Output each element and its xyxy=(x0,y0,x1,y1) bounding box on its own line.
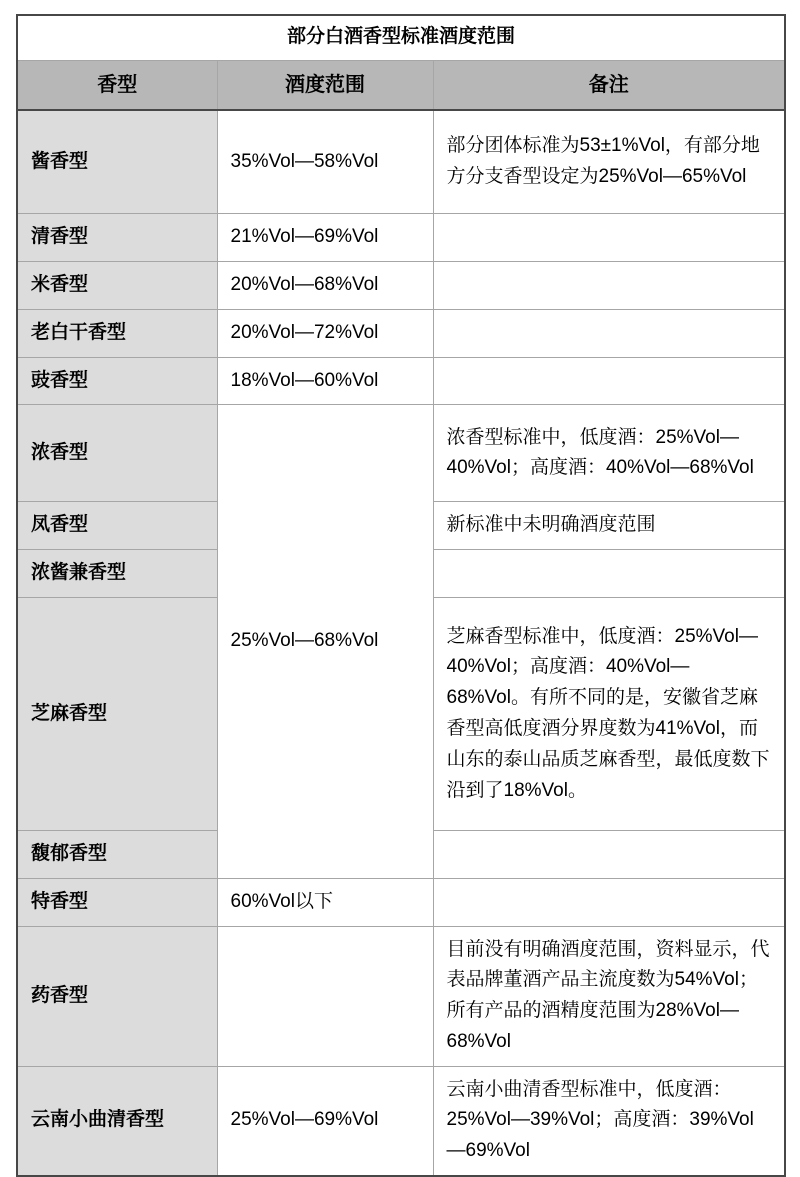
note-cell-zhimaxiang: 芝麻香型标准中，低度酒：25%Vol—40%Vol；高度酒：40%Vol—68%… xyxy=(433,597,785,830)
table-row-laobaigan: 老白干香型 20%Vol—72%Vol xyxy=(17,309,785,357)
type-cell-texiang: 特香型 xyxy=(17,878,217,926)
table-row-texiang: 特香型 60%Vol以下 xyxy=(17,878,785,926)
range-cell-laobaigan: 20%Vol—72%Vol xyxy=(217,309,433,357)
header-row: 香型 酒度范围 备注 xyxy=(17,60,785,110)
type-cell-yunnanxiaoqu: 云南小曲清香型 xyxy=(17,1066,217,1176)
type-cell-zhimaxiang: 芝麻香型 xyxy=(17,597,217,830)
range-cell-jiangxiang: 35%Vol—58%Vol xyxy=(217,110,433,214)
note-cell-nongjiangjian xyxy=(433,550,785,598)
header-remarks: 备注 xyxy=(433,60,785,110)
type-cell-fengxiang: 凤香型 xyxy=(17,502,217,550)
table-row-jiangxiang: 酱香型 35%Vol—58%Vol 部分团体标准为53±1%Vol，有部分地方分… xyxy=(17,110,785,214)
note-cell-nongxiang: 浓香型标准中，低度酒：25%Vol—40%Vol；高度酒：40%Vol—68%V… xyxy=(433,405,785,502)
page: 部分白酒香型标准酒度范围 香型 酒度范围 备注 酱香型 35%Vol—58%Vo… xyxy=(0,0,800,1157)
range-cell-yaoxiang xyxy=(217,926,433,1066)
note-cell-fuyuxiang xyxy=(433,830,785,878)
table-title: 部分白酒香型标准酒度范围 xyxy=(17,15,785,60)
range-cell-texiang: 60%Vol以下 xyxy=(217,878,433,926)
table-row-yunnanxiaoqu: 云南小曲清香型 25%Vol—69%Vol 云南小曲清香型标准中，低度酒：25%… xyxy=(17,1066,785,1176)
note-cell-fengxiang: 新标准中未明确酒度范围 xyxy=(433,502,785,550)
range-cell-merged: 25%Vol—68%Vol xyxy=(217,405,433,878)
type-cell-nongxiang: 浓香型 xyxy=(17,405,217,502)
title-row: 部分白酒香型标准酒度范围 xyxy=(17,15,785,60)
range-cell-mixiang: 20%Vol—68%Vol xyxy=(217,262,433,310)
baijiu-abv-table: 部分白酒香型标准酒度范围 香型 酒度范围 备注 酱香型 35%Vol—58%Vo… xyxy=(16,14,786,1177)
note-cell-texiang xyxy=(433,878,785,926)
range-cell-yunnanxiaoqu: 25%Vol—69%Vol xyxy=(217,1066,433,1176)
type-cell-mixiang: 米香型 xyxy=(17,262,217,310)
note-cell-jiangxiang: 部分团体标准为53±1%Vol，有部分地方分支香型设定为25%Vol—65%Vo… xyxy=(433,110,785,214)
header-abv-range: 酒度范围 xyxy=(217,60,433,110)
range-cell-chixiang: 18%Vol—60%Vol xyxy=(217,357,433,405)
header-aroma-type: 香型 xyxy=(17,60,217,110)
type-cell-yaoxiang: 药香型 xyxy=(17,926,217,1066)
type-cell-chixiang: 豉香型 xyxy=(17,357,217,405)
note-cell-mixiang xyxy=(433,262,785,310)
table-row-yaoxiang: 药香型 目前没有明确酒度范围，资料显示，代表品牌董酒产品主流度数为54%Vol；… xyxy=(17,926,785,1066)
note-cell-yaoxiang: 目前没有明确酒度范围，资料显示，代表品牌董酒产品主流度数为54%Vol；所有产品… xyxy=(433,926,785,1066)
range-cell-qingxiang: 21%Vol—69%Vol xyxy=(217,214,433,262)
note-cell-yunnanxiaoqu: 云南小曲清香型标准中，低度酒：25%Vol—39%Vol；高度酒：39%Vol—… xyxy=(433,1066,785,1176)
note-cell-qingxiang xyxy=(433,214,785,262)
type-cell-jiangxiang: 酱香型 xyxy=(17,110,217,214)
table-row-chixiang: 豉香型 18%Vol—60%Vol xyxy=(17,357,785,405)
type-cell-qingxiang: 清香型 xyxy=(17,214,217,262)
table-row-mixiang: 米香型 20%Vol—68%Vol xyxy=(17,262,785,310)
note-cell-chixiang xyxy=(433,357,785,405)
table-row-nongxiang: 浓香型 25%Vol—68%Vol 浓香型标准中，低度酒：25%Vol—40%V… xyxy=(17,405,785,502)
type-cell-fuyuxiang: 馥郁香型 xyxy=(17,830,217,878)
note-cell-laobaigan xyxy=(433,309,785,357)
table-row-qingxiang: 清香型 21%Vol—69%Vol xyxy=(17,214,785,262)
type-cell-nongjiangjian: 浓酱兼香型 xyxy=(17,550,217,598)
type-cell-laobaigan: 老白干香型 xyxy=(17,309,217,357)
